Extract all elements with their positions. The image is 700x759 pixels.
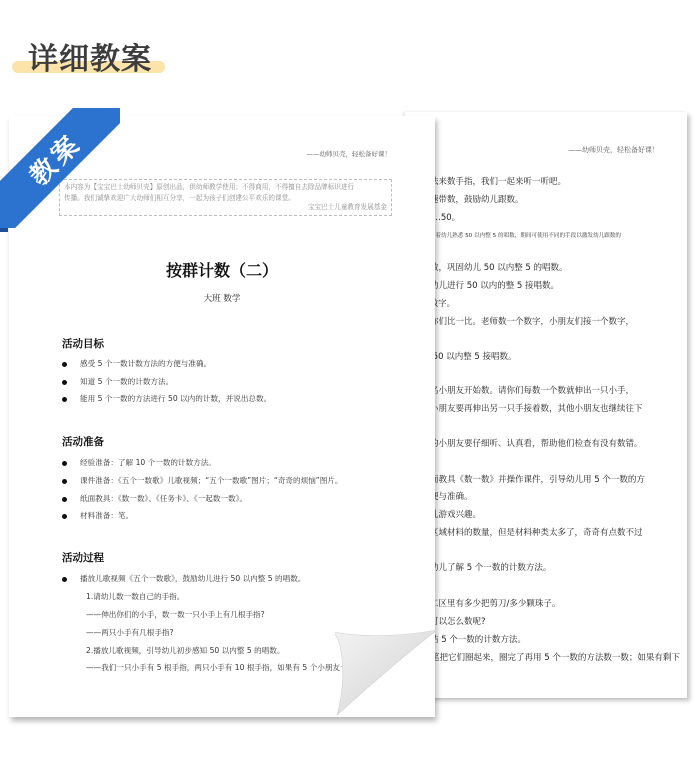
list-item: 课件准备：《五个一数歌》儿歌视频；“五个一数歌”图片；“奇奇的烦恼”图片。 xyxy=(62,475,343,486)
text-line: 的方法来数手指，我们一起来听一听吧。 xyxy=(413,175,566,187)
heading-title: 详细教案 xyxy=(28,34,152,78)
bullet-icon xyxy=(62,380,67,385)
text-line: 选一名小朋友开始数。请你们每数一个数就伸出一只小手， xyxy=(413,384,634,396)
list-item: 经验准备：了解 10 个一数的计数方法。 xyxy=(62,457,216,468)
text-line: 物体就用笔把它们圈起来，圈完了再用 5 个一数的方法数一数；如果有剩下 xyxy=(405,651,680,663)
text-line: ——我们一只小手有 5 根手指，两只小手有 10 根手指，如果有 5 个小朋友一… xyxy=(86,662,363,673)
text-line: ——两只小手有几根手指? xyxy=(86,627,174,638)
document-subtitle: 大班 数学 xyxy=(9,292,435,304)
list-item: 播放儿歌视频《五个一数歌》，鼓励幼儿进行 50 以内整 5 的唱数。 xyxy=(62,573,305,584)
section-heading: 详细教案 xyxy=(12,34,167,80)
text-line: 清点区域材料的数量，但是材料种类太多了，奇奇有点数不过 xyxy=(413,526,643,538)
section-title-process: 活动过程 xyxy=(62,550,104,565)
bullet-icon xyxy=(62,514,67,519)
section-title-preparation: 活动准备 xyxy=(62,434,104,449)
text-line: 一名小朋友要再伸出另一只手接着数，其他小朋友也继续往下 xyxy=(413,402,643,414)
text-line: 其他的小朋友要仔细听、认真看，帮助他们检查有没有数错。 xyxy=(413,437,643,449)
bullet-icon xyxy=(62,497,67,502)
text-line: 想和你们比一比。老师数一个数字，小朋友们接一个数字， xyxy=(413,315,634,327)
ribbon-badge: 教案 xyxy=(0,108,120,228)
text-line: ，多次带着幼儿熟悉 50 以内整 5 的唱数，期间可使用不同的手段以激发幼儿跟数… xyxy=(413,231,621,239)
text-line: ——伸出你们的小手，数一数一只小手上有几根手指? xyxy=(86,609,265,620)
list-item: 感受 5 个一数计数方法的方便与准确。 xyxy=(62,358,211,369)
list-item: 知道 5 个一数的计数方法。 xyxy=(62,376,173,387)
text-line: 跟唱数，巩固幼儿 50 以内整 5 的唱数。 xyxy=(413,261,568,273)
bullet-icon xyxy=(62,362,67,367)
page-slogan: ——幼师贝壳，轻松备好课！ xyxy=(307,149,392,158)
notice-signature: 宝宝巴士儿童教育发展基金 xyxy=(308,202,387,213)
text-line: 放纸面教具《数一数》并操作课件，引导幼儿用 5 个一数的方 xyxy=(413,473,645,485)
list-item: 能用 5 个一数的方法进行 50 以内的计数，并说出总数。 xyxy=(62,393,271,404)
bullet-icon xyxy=(62,397,67,402)
text-line: 1.请幼儿数一数自己的手指。 xyxy=(86,591,184,602)
text-line: 2.播放儿歌视频，引导幼儿初步感知 50 以内整 5 的唱数。 xyxy=(86,645,284,656)
page-curl-icon xyxy=(335,600,445,720)
list-item: 纸面教具：《数一数》、《任务卡》、《一起数一数》。 xyxy=(62,493,247,504)
document-title: 按群计数（二） xyxy=(9,258,435,281)
bullet-icon xyxy=(62,461,67,466)
ribbon-label: 教案 xyxy=(20,124,89,193)
lesson-plan-page-2: ——幼师贝壳，轻松备好课！ 的方法来数手指，我们一起来听一听吧。 师慢速带数，鼓… xyxy=(405,112,687,698)
section-title-goals: 活动目标 xyxy=(62,336,104,351)
list-item: 材料准备：笔。 xyxy=(62,510,133,521)
page-slogan: ——幼师贝壳，轻松备好课！ xyxy=(568,145,659,155)
bullet-icon xyxy=(62,479,67,484)
bullet-icon xyxy=(62,577,67,582)
